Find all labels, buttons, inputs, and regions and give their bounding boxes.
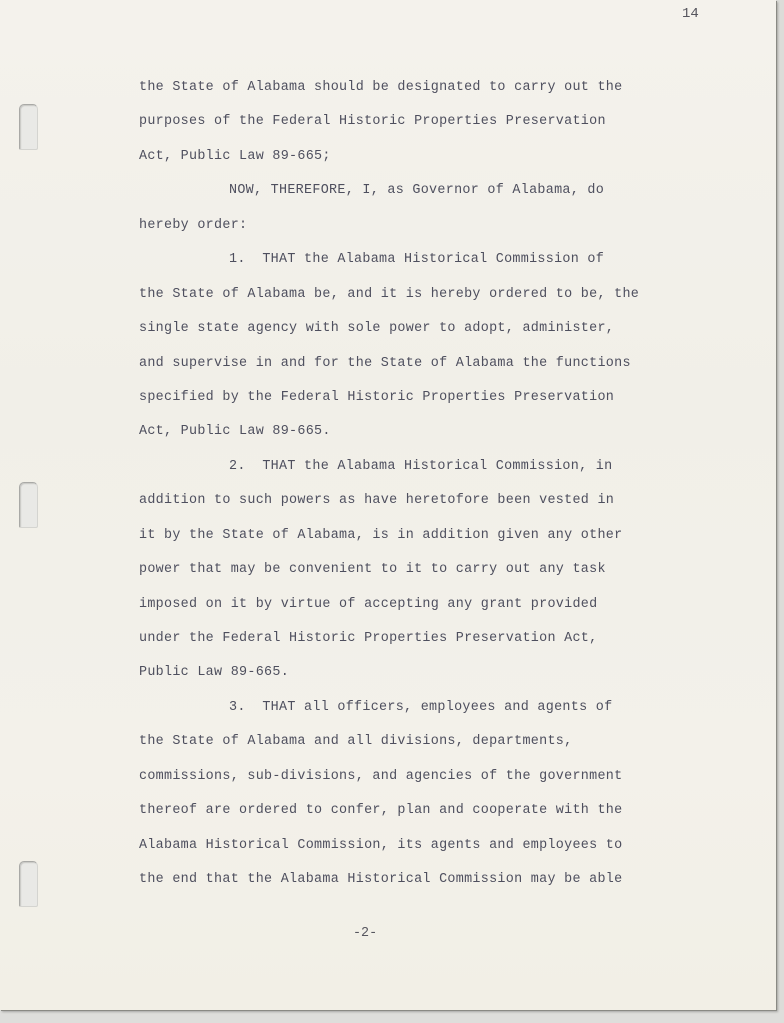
numbered-clause-2: 2. THAT the Alabama Historical Commissio… <box>139 457 759 491</box>
text-line: the State of Alabama should be designate… <box>139 78 759 112</box>
text-line: the end that the Alabama Historical Comm… <box>139 870 759 904</box>
scan-background-bottom <box>0 1010 784 1023</box>
text-line: thereof are ordered to confer, plan and … <box>139 801 759 835</box>
page-number-bottom: -2- <box>353 926 377 941</box>
punch-hole-middle <box>19 482 38 528</box>
text-line: under the Federal Historic Properties Pr… <box>139 629 759 663</box>
text-line: the State of Alabama and all divisions, … <box>139 732 759 766</box>
text-line: Act, Public Law 89-665. <box>139 422 759 456</box>
text-line: imposed on it by virtue of accepting any… <box>139 595 759 629</box>
numbered-clause-3: 3. THAT all officers, employees and agen… <box>139 698 759 732</box>
text-line: single state agency with sole power to a… <box>139 319 759 353</box>
document-page: 14 the State of Alabama should be design… <box>0 0 776 1010</box>
punch-hole-bottom <box>19 861 38 907</box>
text-line: addition to such powers as have heretofo… <box>139 491 759 525</box>
text-line: purposes of the Federal Historic Propert… <box>139 112 759 146</box>
text-line: specified by the Federal Historic Proper… <box>139 388 759 422</box>
text-line: the State of Alabama be, and it is hereb… <box>139 285 759 319</box>
text-line: power that may be convenient to it to ca… <box>139 560 759 594</box>
punch-hole-top <box>19 104 38 150</box>
text-line: Act, Public Law 89-665; <box>139 147 759 181</box>
scan-background-right <box>776 0 784 1023</box>
text-line: Public Law 89-665. <box>139 663 759 697</box>
numbered-clause-1: 1. THAT the Alabama Historical Commissio… <box>139 250 759 284</box>
text-line-indented: NOW, THEREFORE, I, as Governor of Alabam… <box>139 181 759 215</box>
page-number-top: 14 <box>682 6 699 22</box>
text-line: it by the State of Alabama, is in additi… <box>139 526 759 560</box>
document-body: the State of Alabama should be designate… <box>139 78 759 905</box>
text-line: and supervise in and for the State of Al… <box>139 354 759 388</box>
text-line: Alabama Historical Commission, its agent… <box>139 836 759 870</box>
text-line: commissions, sub-divisions, and agencies… <box>139 767 759 801</box>
text-line: hereby order: <box>139 216 759 250</box>
